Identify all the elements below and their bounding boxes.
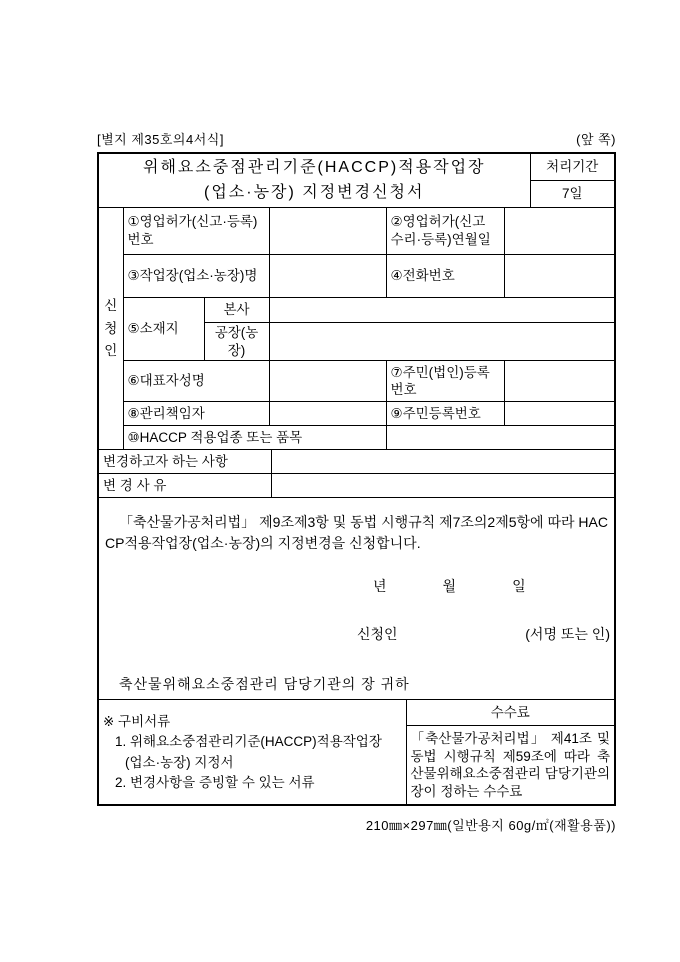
date-day-label: 일 — [512, 576, 526, 596]
change-items-label: 변경하고자 하는 사항 — [99, 450, 271, 474]
change-reason-label: 변 경 사 유 — [99, 474, 271, 498]
processing-period-label: 처리기간 — [530, 154, 614, 181]
haccp-items-label: ⑩HACCP 적용업종 또는 품목 — [123, 426, 386, 450]
page-side-label: (앞 쪽) — [576, 129, 616, 148]
attachments-fee-section: ※ 구비서류 1. 위해요소중점관리기준(HACCP)적용작업장 (업소·농장)… — [99, 699, 614, 804]
attachment-item-1-cont: (업소·농장) 지정서 — [103, 754, 402, 772]
attachment-item-2: 2. 변경사항을 증빙할 수 있는 서류 — [103, 774, 402, 792]
manager-label: ⑧관리책임자 — [123, 402, 269, 426]
representative-name-value — [269, 361, 386, 402]
declaration-text: 「축산물가공처리법」 제9조제3항 및 동법 시행규칙 제7조의2제5항에 따라… — [105, 512, 608, 554]
attachment-item-1: 1. 위해요소중점관리기준(HACCP)적용작업장 — [103, 733, 402, 751]
signature-line: 신청인 (서명 또는 인) — [99, 624, 614, 644]
recipient-line: 축산물위해요소중점관리 담당기관의 장 귀하 — [99, 674, 614, 694]
license-number-value — [269, 208, 386, 255]
declaration-section: 「축산물가공처리법」 제9조제3항 및 동법 시행규칙 제7조의2제5항에 따라… — [99, 497, 614, 699]
address-label: ⑤소재지 — [123, 298, 204, 361]
address-factory-value — [269, 323, 614, 361]
phone-value — [504, 255, 614, 298]
attachments-title: ※ 구비서류 — [103, 713, 402, 731]
resident-number-value — [504, 402, 614, 426]
fee-header: 수수료 — [406, 700, 614, 726]
manager-value — [269, 402, 386, 426]
paper-spec: 210㎜×297㎜(일반용지 60g/㎡(재활용품)) — [97, 815, 616, 834]
processing-period-value: 7일 — [530, 181, 614, 208]
address-hq-label: 본사 — [204, 298, 269, 323]
workplace-name-value — [269, 255, 386, 298]
form-title-line1: 위해요소중점관리기준(HACCP)적용작업장 — [103, 156, 526, 181]
signature-note: (서명 또는 인) — [525, 624, 610, 644]
top-line: [별지 제35호의4서식] (앞 쪽) — [97, 129, 616, 148]
form-content: [별지 제35호의4서식] (앞 쪽) 위해요소중점관리기준(HACCP)적용작… — [97, 129, 616, 834]
resident-corp-number-label: ⑦주민(법인)등록번호 — [386, 361, 504, 402]
phone-label: ④전화번호 — [386, 255, 504, 298]
form-title: 위해요소중점관리기준(HACCP)적용작업장 (업소·농장) 지정변경신청서 — [99, 154, 530, 207]
address-hq-value — [269, 298, 614, 323]
license-date-label: ②영업허가(신고 수리·등록)연월일 — [386, 208, 504, 255]
license-number-label: ①영업허가(신고·등록)번호 — [123, 208, 269, 255]
applicant-group-char-3: 인 — [103, 344, 119, 358]
date-line: 년 월 일 — [99, 576, 614, 596]
form-page: [별지 제35호의4서식] (앞 쪽) 위해요소중점관리기준(HACCP)적용작… — [0, 0, 680, 962]
title-section: 위해요소중점관리기준(HACCP)적용작업장 (업소·농장) 지정변경신청서 처… — [99, 154, 614, 207]
attachments-cell: ※ 구비서류 1. 위해요소중점관리기준(HACCP)적용작업장 (업소·농장)… — [99, 700, 406, 804]
fee-text: 「축산물가공처리법」 제41조 및 동법 시행규칙 제59조에 따라 축산물위해… — [406, 726, 614, 805]
resident-corp-number-value — [504, 361, 614, 402]
form-title-line2: (업소·농장) 지정변경신청서 — [103, 181, 526, 206]
applicant-signature-label: 신청인 — [357, 624, 398, 644]
resident-number-label: ⑨주민등록번호 — [386, 402, 504, 426]
haccp-items-value — [386, 426, 614, 450]
form-number: [별지 제35호의4서식] — [97, 129, 224, 148]
change-items-value — [271, 450, 614, 474]
applicant-section: 신 청 인 ①영업허가(신고·등록)번호 ②영업허가(신고 수리·등록)연월일 … — [99, 207, 614, 449]
license-date-value — [504, 208, 614, 255]
applicant-group-char-2: 청 — [103, 322, 119, 336]
workplace-name-label: ③작업장(업소·농장)명 — [123, 255, 269, 298]
date-month-label: 월 — [443, 576, 457, 596]
change-section: 변경하고자 하는 사항 변 경 사 유 — [99, 449, 614, 497]
address-factory-label: 공장(농장) — [204, 323, 269, 361]
representative-name-label: ⑥대표자성명 — [123, 361, 269, 402]
date-year-label: 년 — [373, 576, 387, 596]
change-reason-value — [271, 474, 614, 498]
form-box: 위해요소중점관리기준(HACCP)적용작업장 (업소·농장) 지정변경신청서 처… — [97, 152, 616, 806]
applicant-group-char-1: 신 — [103, 299, 119, 313]
applicant-group-label: 신 청 인 — [99, 208, 123, 449]
